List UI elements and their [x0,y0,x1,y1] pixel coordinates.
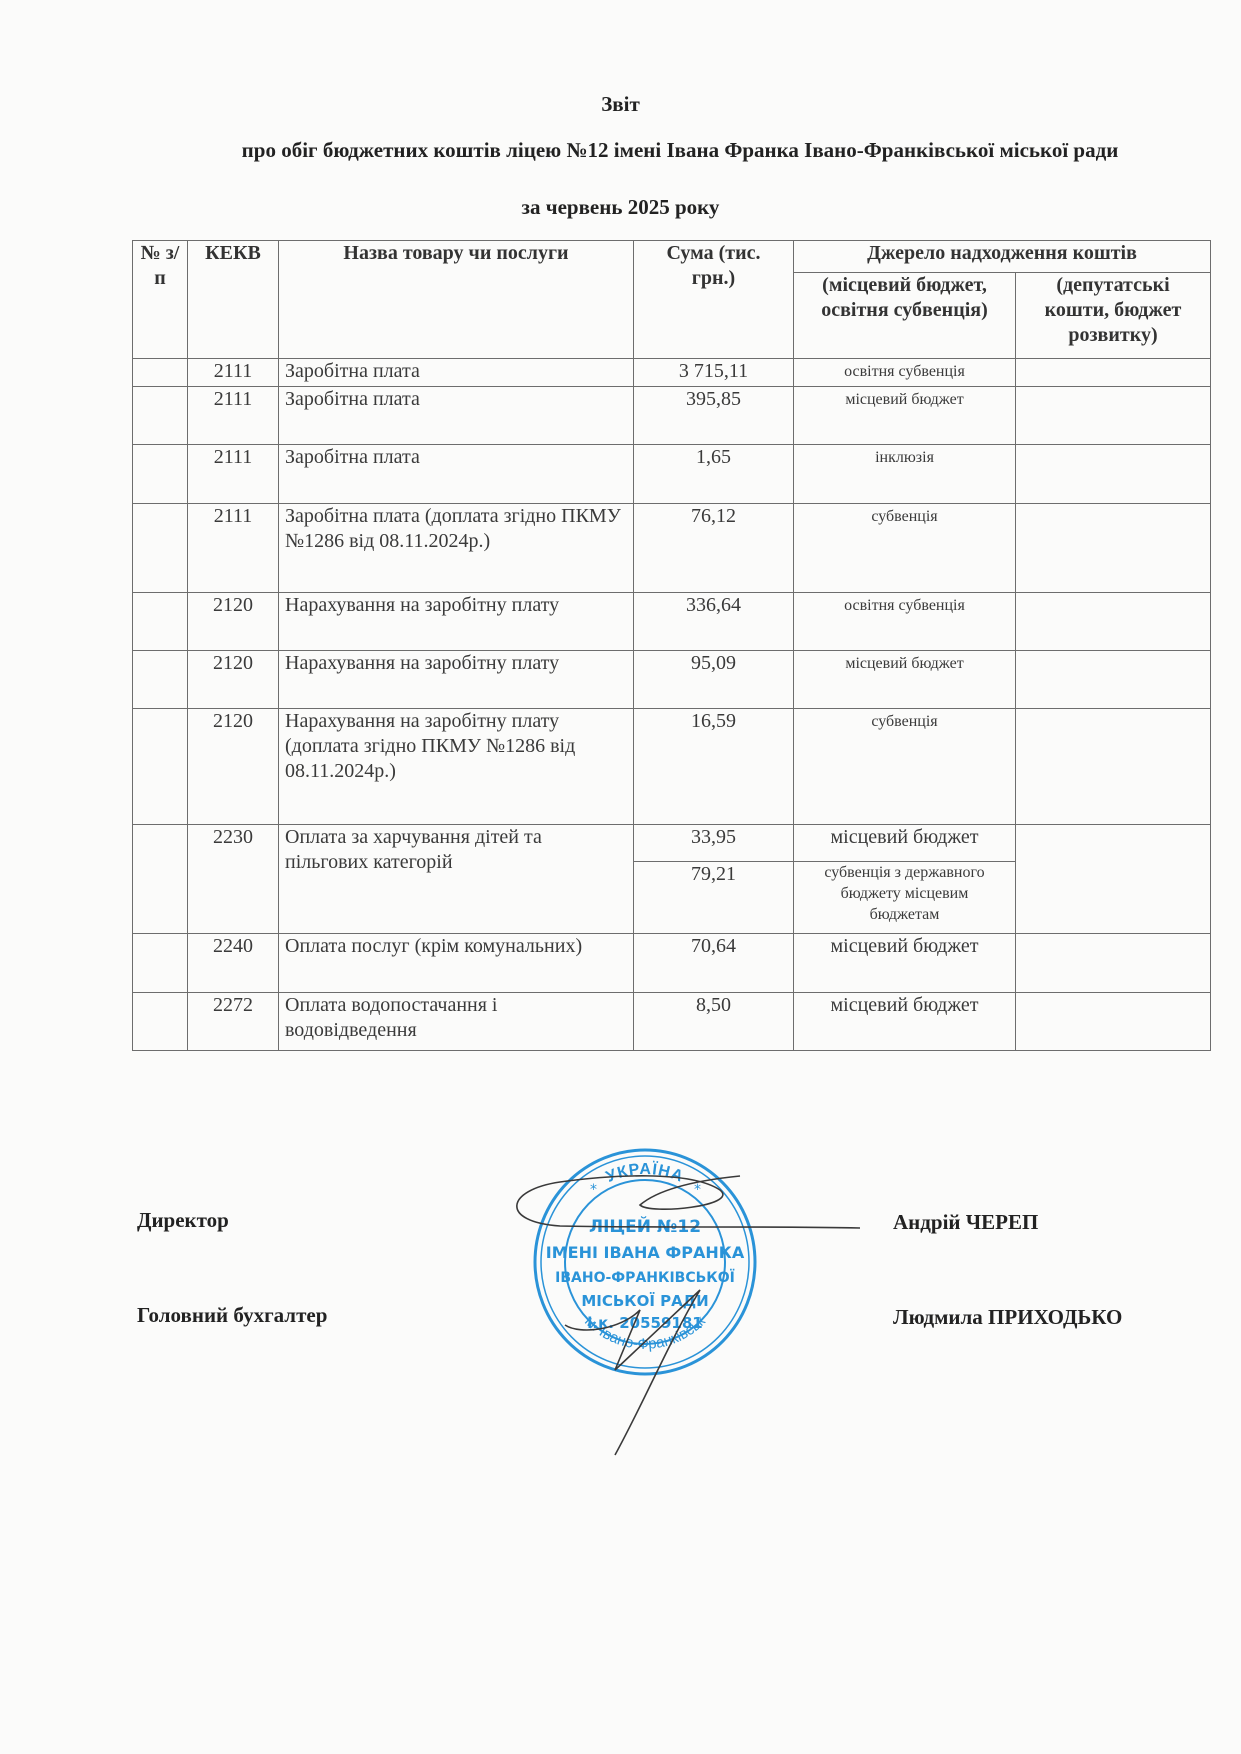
cell-sum: 3 715,11 [634,359,794,387]
cell-source-local: місцевий бюджет [794,387,1016,445]
cell-source-other [1016,709,1211,825]
cell-num [133,504,188,593]
table-row: 2111 Заробітна плата 1,65 інклюзія [133,445,1211,504]
cell-num [133,825,188,934]
cell-sum: 336,64 [634,593,794,651]
svg-text:ІМЕНІ ІВАНА ФРАНКА: ІМЕНІ ІВАНА ФРАНКА [546,1243,745,1262]
table-row: 2111 Заробітна плата (доплата згідно ПКМ… [133,504,1211,593]
col-header-num: № з/п [133,241,188,359]
cell-source-local: освітня субвенція [794,359,1016,387]
cell-sum: 79,21 [634,862,794,934]
cell-source-local: субвенція [794,709,1016,825]
cell-source-local: субвенція [794,504,1016,593]
cell-sum: 395,85 [634,387,794,445]
svg-text:УКРАЇНА: УКРАЇНА [604,1160,687,1186]
table-row: 2120 Нарахування на заробітну плату 336,… [133,593,1211,651]
stamp-seal-icon: УКРАЇНА * * ЛІЦЕЙ №12 ІМЕНІ ІВАНА ФРАНКА… [532,1148,758,1376]
cell-num [133,445,188,504]
report-title: Звіт [0,92,1241,117]
cell-num [133,359,188,387]
cell-num [133,651,188,709]
cell-source-other [1016,993,1211,1051]
cell-source-local: місцевий бюджет [794,825,1016,862]
cell-name: Заробітна плата [279,359,634,387]
col-header-source-local: (місцевий бюджет, освітня субвенція) [794,273,1016,359]
cell-num [133,709,188,825]
svg-text:*: * [694,1182,701,1198]
svg-text:ІВАНО-ФРАНКІВСЬКОЇ: ІВАНО-ФРАНКІВСЬКОЇ [555,1269,735,1286]
cell-source-other [1016,651,1211,709]
cell-sum: 33,95 [634,825,794,862]
cell-name: Заробітна плата [279,387,634,445]
cell-name: Заробітна плата (доплата згідно ПКМУ №12… [279,504,634,593]
svg-text:ЛІЦЕЙ №12: ЛІЦЕЙ №12 [589,1215,701,1237]
cell-name: Нарахування на заробітну плату (доплата … [279,709,634,825]
report-subtitle: про обіг бюджетних коштів ліцею №12 імен… [150,138,1210,163]
col-header-source-other: (депутатські кошти, бюджет розвитку) [1016,273,1211,359]
cell-source-local: місцевий бюджет [794,651,1016,709]
cell-kekv: 2111 [188,387,279,445]
table-row: 2120 Нарахування на заробітну плату (доп… [133,709,1211,825]
cell-sum: 95,09 [634,651,794,709]
cell-source-other [1016,504,1211,593]
cell-kekv: 2120 [188,651,279,709]
cell-name: Оплата за харчування дітей та пільгових … [279,825,634,934]
cell-sum: 16,59 [634,709,794,825]
cell-source-other [1016,445,1211,504]
svg-text:МІСЬКОЇ РАДИ: МІСЬКОЇ РАДИ [581,1291,708,1310]
col-header-source: Джерело надходження коштів [794,241,1211,273]
cell-source-local: інклюзія [794,445,1016,504]
svg-text:*: * [590,1182,597,1198]
official-stamp: УКРАЇНА * * ЛІЦЕЙ №12 ІМЕНІ ІВАНА ФРАНКА… [532,1148,758,1376]
table-row: 2111 Заробітна плата 395,85 місцевий бюд… [133,387,1211,445]
cell-sum: 8,50 [634,993,794,1051]
table-row: 2230 Оплата за харчування дітей та пільг… [133,825,1211,862]
cell-num [133,934,188,993]
accountant-label: Головний бухгалтер [137,1303,327,1328]
table-row: 2240 Оплата послуг (крім комунальних) 70… [133,934,1211,993]
cell-sum: 70,64 [634,934,794,993]
col-header-name: Назва товару чи послуги [279,241,634,359]
table-row: 2111 Заробітна плата 3 715,11 освітня су… [133,359,1211,387]
cell-source-local: освітня субвенція [794,593,1016,651]
budget-report-table: № з/п КЕКВ Назва товару чи послуги Сума … [132,240,1211,1051]
cell-source-other [1016,359,1211,387]
cell-source-other [1016,387,1211,445]
report-period: за червень 2025 року [0,195,1241,220]
cell-kekv: 2111 [188,504,279,593]
col-header-kekv: КЕКВ [188,241,279,359]
cell-sum: 1,65 [634,445,794,504]
cell-name: Оплата послуг (крім комунальних) [279,934,634,993]
director-name: Андрій ЧЕРЕП [893,1210,1038,1235]
accountant-name: Людмила ПРИХОДЬКО [893,1305,1122,1330]
cell-name: Нарахування на заробітну плату [279,651,634,709]
table-row: 2272 Оплата водопостачання і водовідведе… [133,993,1211,1051]
col-header-sum: Сума (тис. грн.) [634,241,794,359]
cell-kekv: 2111 [188,445,279,504]
cell-name: Заробітна плата [279,445,634,504]
cell-name: Нарахування на заробітну плату [279,593,634,651]
cell-source-other [1016,825,1211,934]
table-row: 2120 Нарахування на заробітну плату 95,0… [133,651,1211,709]
cell-num [133,387,188,445]
cell-name: Оплата водопостачання і водовідведення [279,993,634,1051]
cell-num [133,993,188,1051]
cell-num [133,593,188,651]
cell-sum: 76,12 [634,504,794,593]
cell-kekv: 2230 [188,825,279,934]
cell-source-local: субвенція з державного бюджету місцевим … [794,862,1016,934]
cell-source-other [1016,593,1211,651]
cell-kekv: 2240 [188,934,279,993]
cell-source-other [1016,934,1211,993]
director-label: Директор [137,1208,229,1233]
cell-source-local: місцевий бюджет [794,993,1016,1051]
cell-kekv: 2120 [188,709,279,825]
cell-kekv: 2111 [188,359,279,387]
cell-kekv: 2272 [188,993,279,1051]
cell-kekv: 2120 [188,593,279,651]
cell-source-local: місцевий бюджет [794,934,1016,993]
